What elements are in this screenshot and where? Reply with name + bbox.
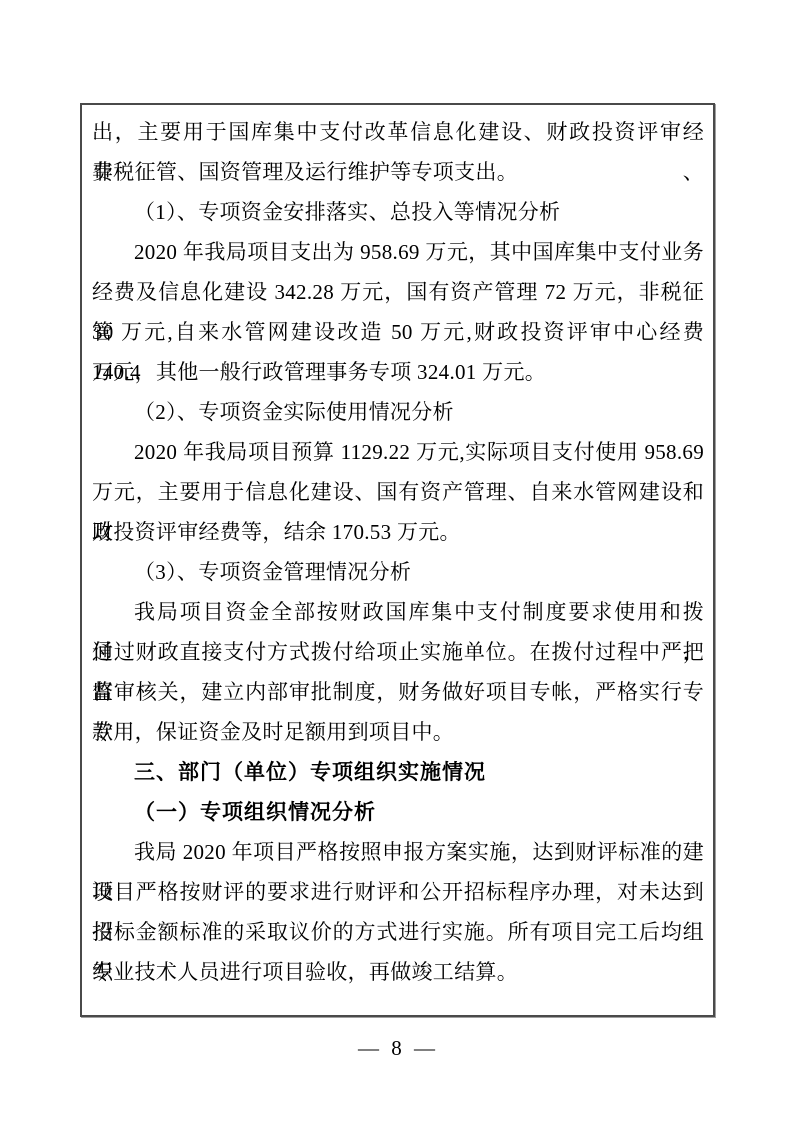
- text-line: （一）专项组织情况分析: [92, 792, 704, 832]
- text-line: 万元，主要用于信息化建设、国有资产管理、自来水管网建设和财: [92, 472, 704, 512]
- page-footer: — 8 —: [0, 1034, 793, 1062]
- text-line: 督审核关，建立内部审批制度，财务做好项目专帐，严格实行专款: [92, 672, 704, 712]
- document-border-box: 出，主要用于国库集中支付改革信息化建设、财政投资评审经费、非税征管、国资管理及运…: [80, 103, 715, 1017]
- text-line: 我局项目资金全部按财政国库集中支付制度要求使用和拨付，: [92, 592, 704, 632]
- text-line: （3）、专项资金管理情况分析: [92, 552, 704, 592]
- text-line: 投标金额标准的采取议价的方式进行实施。所有项目完工后均组织: [92, 912, 704, 952]
- text-line: 我局 2020 年项目严格按照申报方案实施，达到财评标准的建设: [92, 832, 704, 872]
- document-text: 出，主要用于国库集中支付改革信息化建设、财政投资评审经费、非税征管、国资管理及运…: [92, 112, 704, 992]
- text-line: （2）、专项资金实际使用情况分析: [92, 392, 704, 432]
- text-line: 出，主要用于国库集中支付改革信息化建设、财政投资评审经费、: [92, 112, 704, 152]
- text-line: 专用，保证资金及时足额用到项目中。: [92, 712, 704, 752]
- page-number: — 8 —: [358, 1036, 435, 1060]
- text-line: 经费及信息化建设 342.28 万元，国有资产管理 72 万元，非税征管: [92, 272, 704, 312]
- text-line: （1）、专项资金安排落实、总投入等情况分析: [92, 192, 704, 232]
- text-line: 三、部门（单位）专项组织实施情况: [92, 752, 704, 792]
- text-line: 2020 年我局项目预算 1129.22 万元,实际项目支付使用 958.69: [92, 432, 704, 472]
- text-line: 2020 年我局项目支出为 958.69 万元，其中国库集中支付业务: [92, 232, 704, 272]
- text-line: 项目严格按财评的要求进行财评和公开招标程序办理，对未达到招: [92, 872, 704, 912]
- text-line: 万元，其他一般行政管理事务专项 324.01 万元。: [92, 352, 704, 392]
- text-line: 通过财政直接支付方式拨付给项止实施单位。在拨付过程中严把监: [92, 632, 704, 672]
- text-line: 政投资评审经费等，结余 170.53 万元。: [92, 512, 704, 552]
- text-line: 30 万元,自来水管网建设改造 50 万元,财政投资评审中心经费 140.4: [92, 312, 704, 352]
- text-line: 专业技术人员进行项目验收，再做竣工结算。: [92, 952, 704, 992]
